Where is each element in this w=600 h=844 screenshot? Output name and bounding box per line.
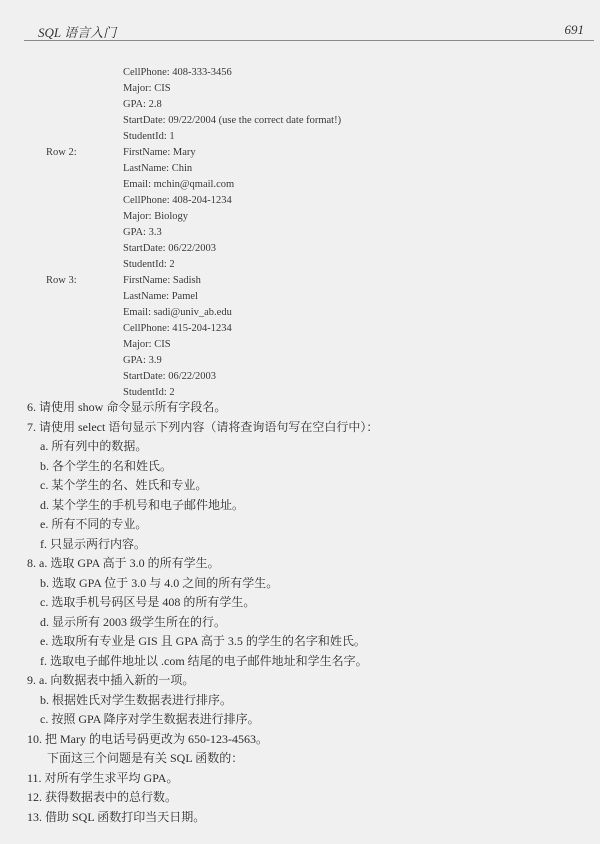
field-value: CellPhone: 408-333-3456 xyxy=(123,65,232,81)
question-item: d. 某个学生的手机号和电子邮件地址。 xyxy=(0,496,600,516)
field-value: Email: sadi@univ_ab.edu xyxy=(123,305,232,321)
question-item: b. 选取 GPA 位于 3.0 与 4.0 之间的所有学生。 xyxy=(0,574,600,594)
record-line: Email: mchin@qmail.com xyxy=(0,177,600,193)
record-line: CellPhone: 408-204-1234 xyxy=(0,193,600,209)
field-value: GPA: 3.9 xyxy=(123,353,162,369)
question-item: 8. a. 选取 GPA 高于 3.0 的所有学生。 xyxy=(0,554,600,574)
field-value: Major: Biology xyxy=(123,209,188,225)
record-line: LastName: Pamel xyxy=(0,289,600,305)
question-item: 10. 把 Mary 的电话号码更改为 650-123-4563。 xyxy=(0,730,600,750)
field-value: FirstName: Mary xyxy=(123,145,196,161)
field-value: Major: CIS xyxy=(123,337,171,353)
record-line: CellPhone: 415-204-1234 xyxy=(0,321,600,337)
field-value: StartDate: 06/22/2003 xyxy=(123,369,216,385)
exercise-list: 6. 请使用 show 命令显示所有字段名。7. 请使用 select 语句显示… xyxy=(0,398,600,827)
field-value: LastName: Pamel xyxy=(123,289,198,305)
field-value: LastName: Chin xyxy=(123,161,192,177)
field-value: Email: mchin@qmail.com xyxy=(123,177,234,193)
question-item: 7. 请使用 select 语句显示下列内容（请将查询语句写在空白行中）： xyxy=(0,418,600,438)
field-value: StudentId: 1 xyxy=(123,129,175,145)
record-line: Email: sadi@univ_ab.edu xyxy=(0,305,600,321)
record-line: StartDate: 06/22/2003 xyxy=(0,369,600,385)
field-value: Major: CIS xyxy=(123,81,171,97)
record-line: StudentId: 2 xyxy=(0,257,600,273)
running-title: SQL 语言入门 xyxy=(38,22,116,41)
record-line: GPA: 3.9 xyxy=(0,353,600,369)
question-item: 下面这三个问题是有关 SQL 函数的： xyxy=(0,749,600,769)
record-line: StartDate: 09/22/2004 (use the correct d… xyxy=(0,113,600,129)
record-line: GPA: 2.8 xyxy=(0,97,600,113)
question-item: f. 只显示两行内容。 xyxy=(0,535,600,555)
question-item: a. 所有列中的数据。 xyxy=(0,437,600,457)
row-label: Row 3: xyxy=(46,273,77,289)
field-value: GPA: 2.8 xyxy=(123,97,162,113)
question-item: b. 各个学生的名和姓氏。 xyxy=(0,457,600,477)
question-item: 6. 请使用 show 命令显示所有字段名。 xyxy=(0,398,600,418)
question-item: 11. 对所有学生求平均 GPA。 xyxy=(0,769,600,789)
record-line: Row 2:FirstName: Mary xyxy=(0,145,600,161)
question-item: d. 显示所有 2003 级学生所在的行。 xyxy=(0,613,600,633)
sample-records: CellPhone: 408-333-3456Major: CISGPA: 2.… xyxy=(0,65,600,401)
record-line: Row 3:FirstName: Sadish xyxy=(0,273,600,289)
record-line: LastName: Chin xyxy=(0,161,600,177)
record-line: CellPhone: 408-333-3456 xyxy=(0,65,600,81)
record-line: Major: CIS xyxy=(0,337,600,353)
field-value: FirstName: Sadish xyxy=(123,273,201,289)
field-value: GPA: 3.3 xyxy=(123,225,162,241)
field-value: CellPhone: 408-204-1234 xyxy=(123,193,232,209)
question-item: c. 选取手机号码区号是 408 的所有学生。 xyxy=(0,593,600,613)
record-line: Major: CIS xyxy=(0,81,600,97)
record-line: GPA: 3.3 xyxy=(0,225,600,241)
question-item: b. 根据姓氏对学生数据表进行排序。 xyxy=(0,691,600,711)
record-line: Major: Biology xyxy=(0,209,600,225)
question-item: c. 按照 GPA 降序对学生数据表进行排序。 xyxy=(0,710,600,730)
row-label: Row 2: xyxy=(46,145,77,161)
record-line: StudentId: 1 xyxy=(0,129,600,145)
page-header: SQL 语言入门 691 xyxy=(24,22,594,42)
field-value: StartDate: 06/22/2003 xyxy=(123,241,216,257)
question-item: f. 选取电子邮件地址以 .com 结尾的电子邮件地址和学生名字。 xyxy=(0,652,600,672)
question-item: c. 某个学生的名、姓氏和专业。 xyxy=(0,476,600,496)
field-value: StartDate: 09/22/2004 (use the correct d… xyxy=(123,113,341,129)
question-item: 13. 借助 SQL 函数打印当天日期。 xyxy=(0,808,600,828)
record-line: StartDate: 06/22/2003 xyxy=(0,241,600,257)
field-value: CellPhone: 415-204-1234 xyxy=(123,321,232,337)
field-value: StudentId: 2 xyxy=(123,257,175,273)
page-number: 691 xyxy=(565,22,585,38)
question-item: 12. 获得数据表中的总行数。 xyxy=(0,788,600,808)
header-rule xyxy=(24,40,594,41)
question-item: e. 所有不同的专业。 xyxy=(0,515,600,535)
question-item: e. 选取所有专业是 GIS 且 GPA 高于 3.5 的学生的名字和姓氏。 xyxy=(0,632,600,652)
question-item: 9. a. 向数据表中插入新的一项。 xyxy=(0,671,600,691)
